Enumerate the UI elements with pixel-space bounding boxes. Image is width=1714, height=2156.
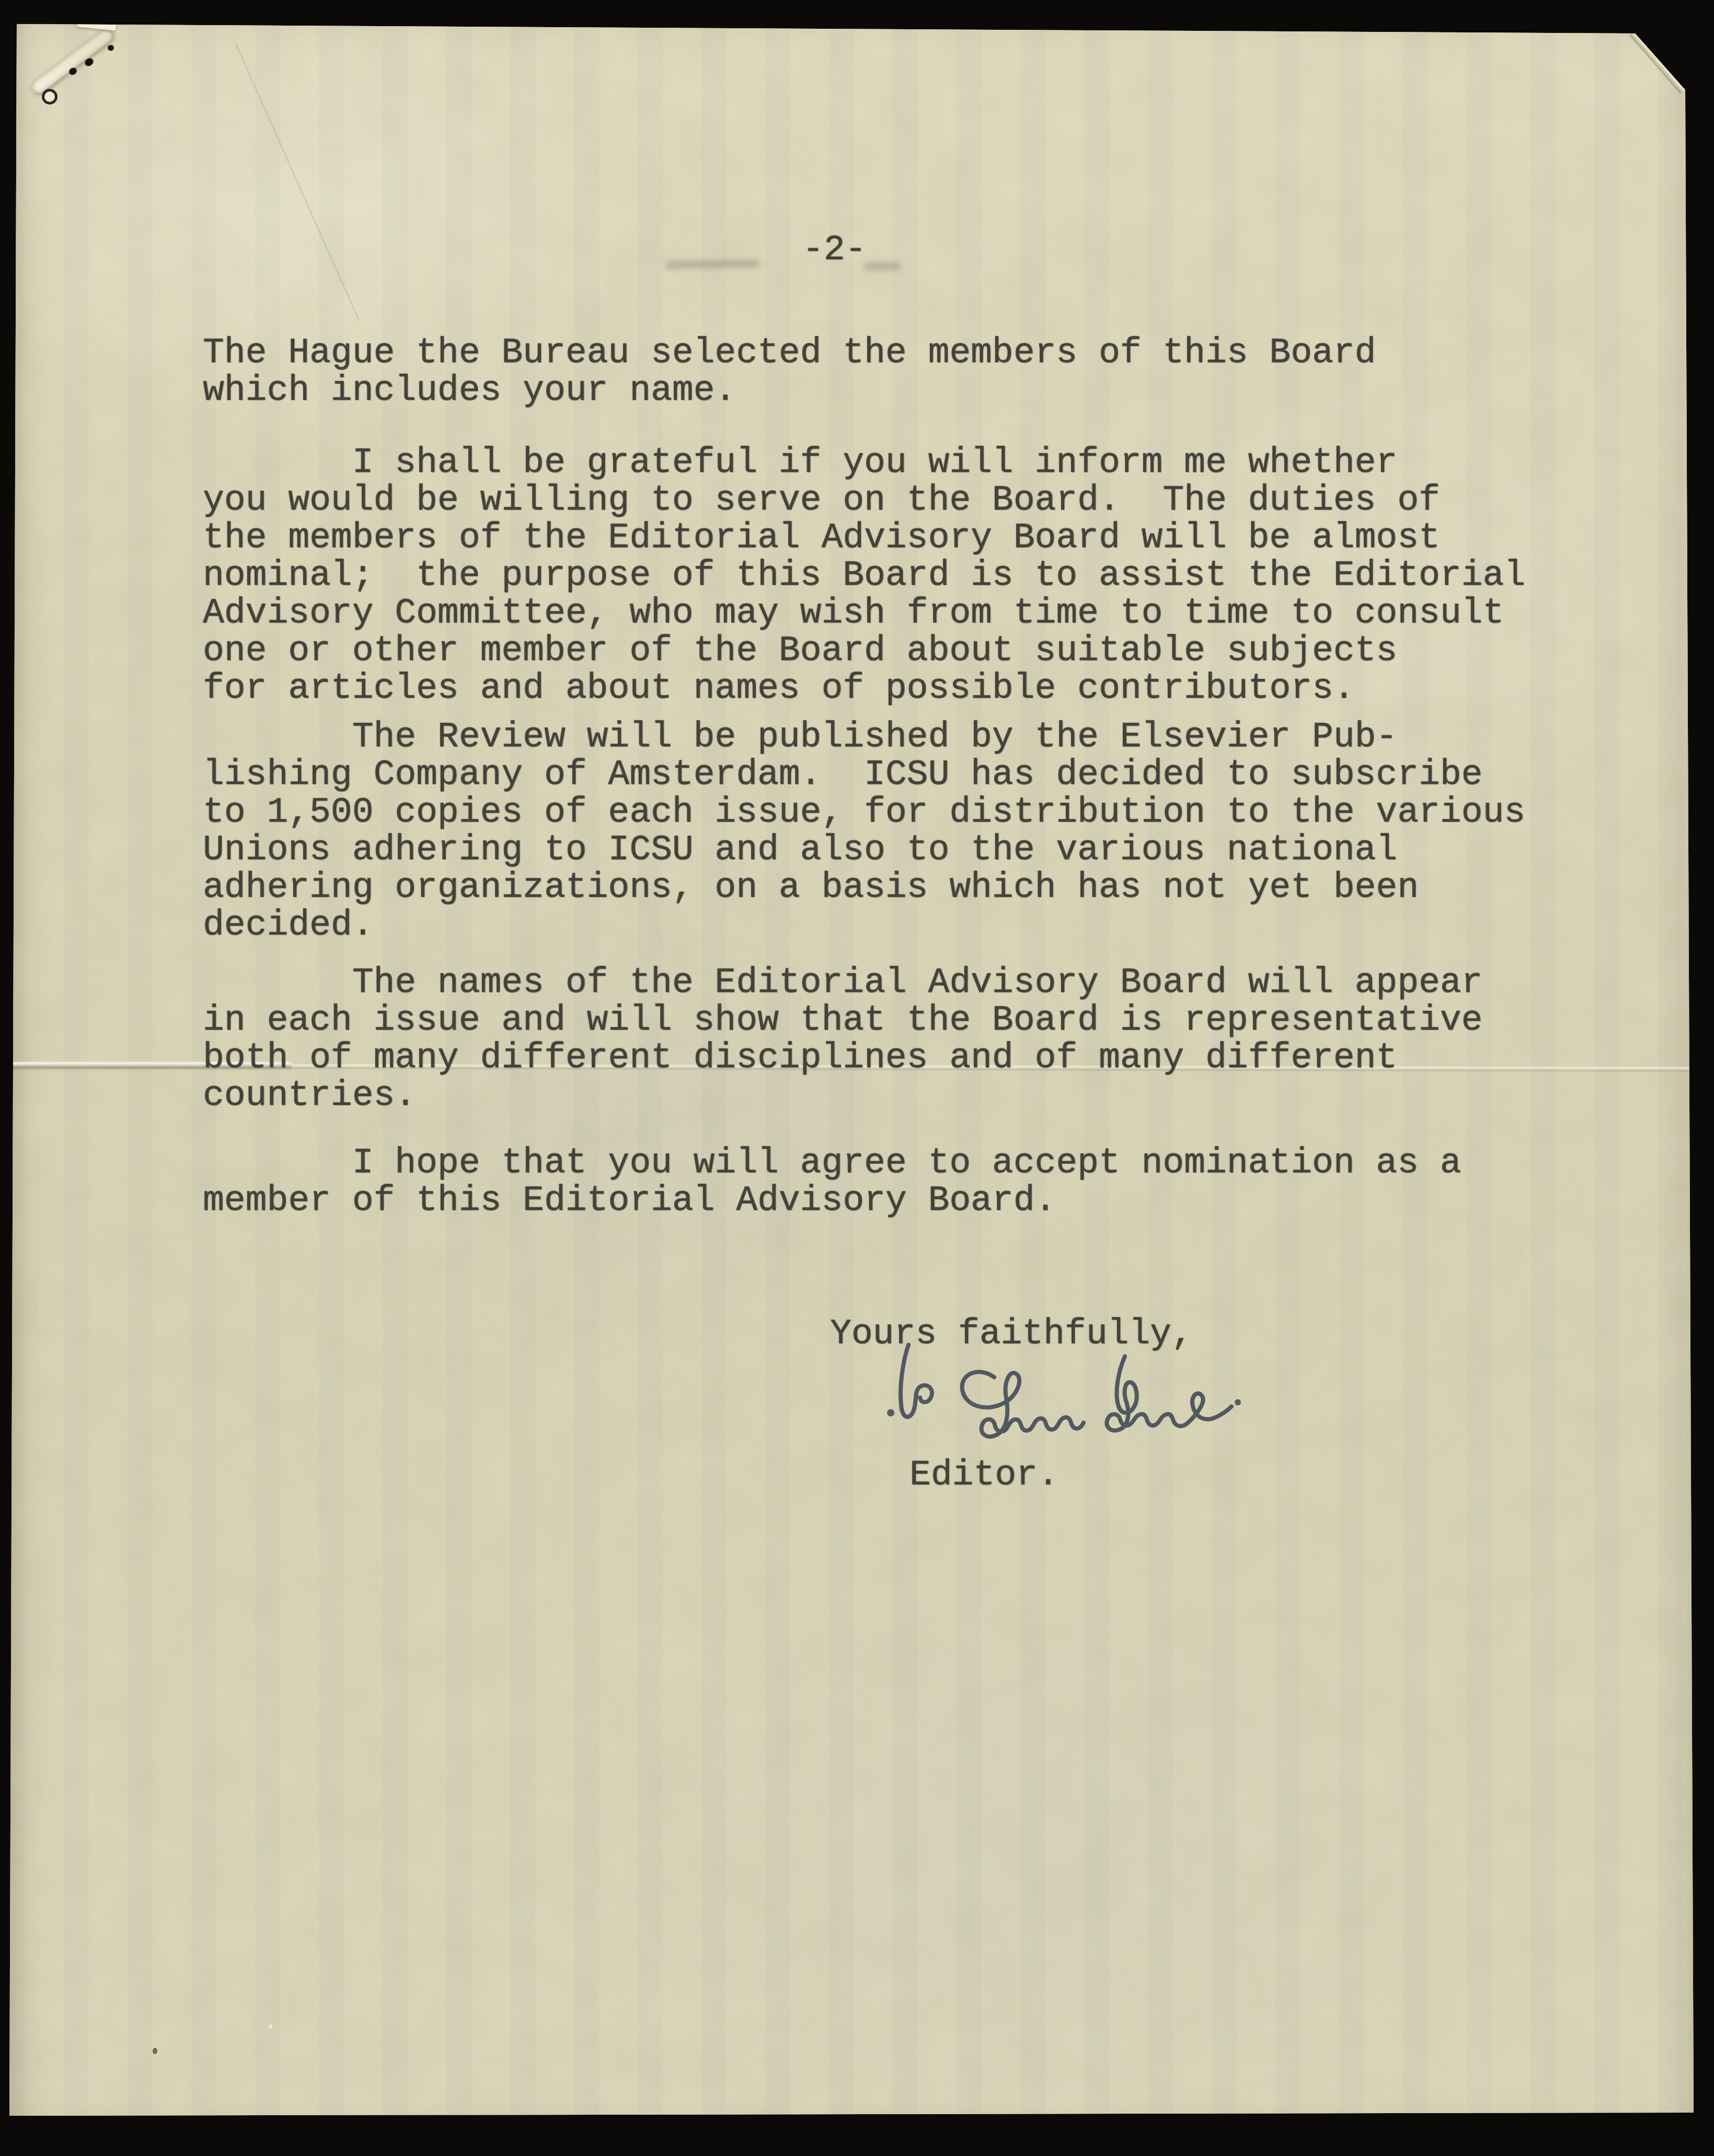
staple-mark (30, 39, 135, 117)
paragraph: The Hague the Bureau selected the member… (203, 335, 1376, 410)
smudge-mark (665, 259, 760, 269)
folded-corner (1629, 31, 1685, 94)
staple-tear-strip (29, 27, 115, 96)
paragraph: I shall be grateful if you will inform m… (203, 444, 1525, 708)
paragraph: The names of the Editorial Advisory Boar… (203, 964, 1482, 1115)
signer-title: Editor. (910, 1457, 1059, 1494)
paper-speck (153, 2048, 157, 2054)
paragraph: I hope that you will agree to accept nom… (203, 1145, 1462, 1220)
paper-scratch (235, 43, 360, 320)
staple-hole (108, 45, 114, 51)
page-number: -2- (802, 232, 866, 269)
scan-background: -2- The Hague the Bureau selected the me… (0, 0, 1714, 2156)
letter-page: -2- The Hague the Bureau selected the me… (0, 0, 1714, 2156)
paragraph: The Review will be published by the Else… (203, 719, 1525, 944)
staple-hole-ring (42, 89, 57, 105)
smudge-mark (864, 262, 901, 270)
edge-tear (77, 19, 116, 31)
paper-fleck (269, 2025, 272, 2028)
